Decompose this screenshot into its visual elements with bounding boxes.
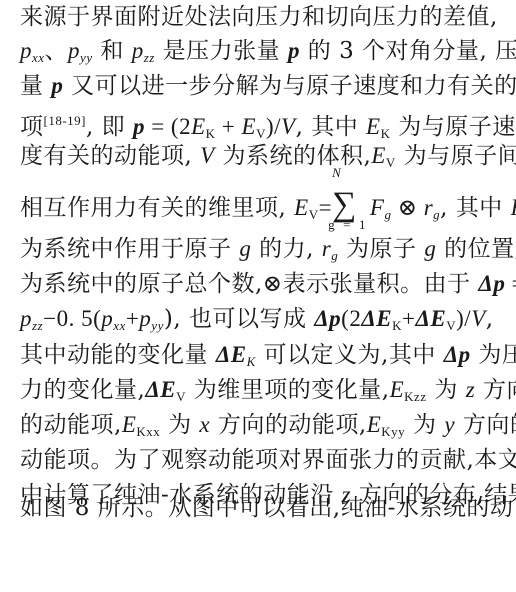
- lower-lines: 如图 8 所示。从图中可以看出,纯油-水系统的动: [0, 0, 516, 592]
- line-text: 如图 8 所示。从图中可以看出,纯油-水系统的动: [20, 495, 513, 521]
- text-line-15: 如图 8 所示。从图中可以看出,纯油-水系统的动: [20, 491, 490, 525]
